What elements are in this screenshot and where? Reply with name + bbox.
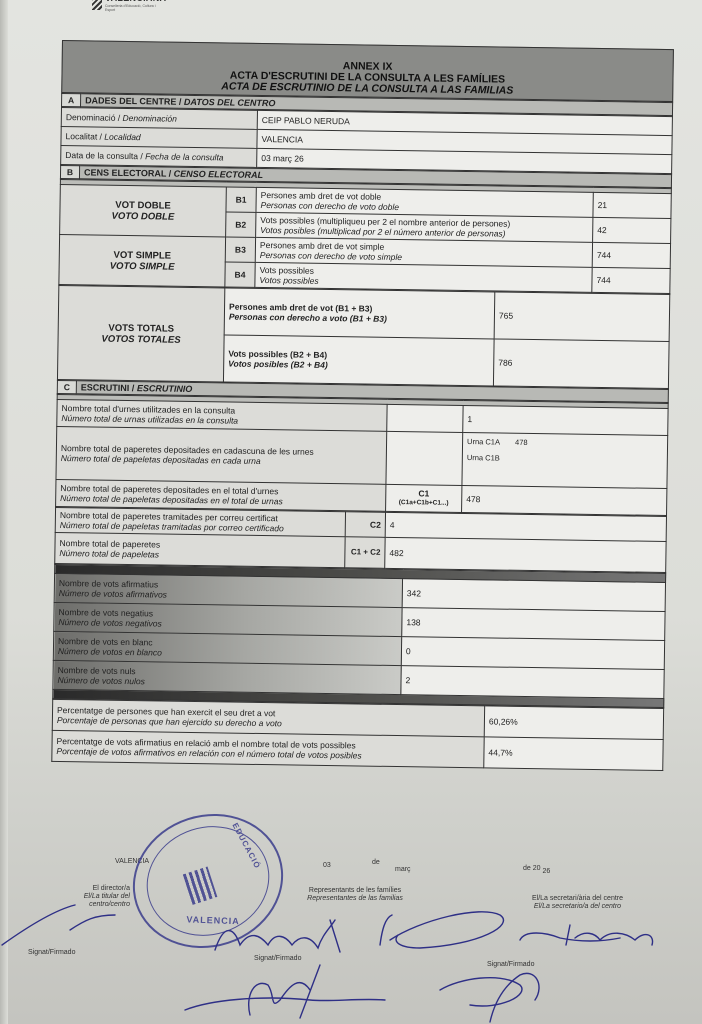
row-code: C2 [345, 512, 385, 538]
votes-table: Nombre de vots afirmatiusNúmero de votos… [52, 564, 666, 708]
total-persons-value: 765 [494, 292, 670, 342]
generalitat-stripes-icon [92, 0, 102, 10]
place-text: VALENCIA [115, 858, 149, 866]
row-code: B3 [225, 237, 255, 262]
total-votes-value: 786 [493, 339, 669, 389]
table-row: Nombre total de paperetes depositades en… [56, 426, 668, 488]
director-label: El director/aEl/La titular del centro/ce… [55, 885, 130, 909]
total-description: Persones amb dret de vot (B1 + B3)Person… [224, 288, 495, 339]
document-page: VALENCIANA Conselleria d'Educació, Cultu… [0, 0, 702, 1024]
blank-votes-value: 0 [401, 637, 664, 670]
section-letter: C [57, 380, 76, 393]
b1-value: 21 [593, 192, 671, 218]
family-signature-2 [380, 912, 503, 948]
group-vot-simple: VOT SIMPLEVOTO SIMPLE [59, 234, 226, 286]
section-c-ballots: Nombre total de paperetes tramitades per… [54, 507, 667, 573]
total-description: Vots possibles (B2 + B4)Votos posibles (… [223, 335, 494, 386]
percentages-table: Percentatge de persones que han exercit … [51, 699, 664, 771]
row-code: C1 + C2 [345, 537, 385, 569]
participation-percentage-value: 60,26% [484, 706, 663, 740]
form-header: ANNEX IX ACTA D'ESCRUTINI DE LA CONSULTA… [61, 40, 674, 102]
school-stamp: VALENCIA EDUCACIÓ [115, 795, 300, 968]
table-row: VOTS TOTALSVOTOS TOTALES Persones amb dr… [58, 285, 670, 341]
affirmative-votes-value: 342 [402, 579, 665, 612]
family-signature-1 [215, 920, 340, 952]
scrutiny-form: ANNEX IX ACTA D'ESCRUTINI DE LA CONSULTA… [51, 40, 674, 771]
row-description: Nombre total de paperetes depositades en… [56, 479, 386, 511]
family-signature-3 [185, 965, 385, 1018]
per-urn-values: Urna C1A478 Urna C1B [462, 432, 668, 488]
section-b-totals: VOTS TOTALSVOTOS TOTALES Persones amb dr… [57, 285, 670, 389]
c1-c2-value: 482 [385, 537, 666, 572]
families-label: Representants de les famíliesRepresentan… [295, 887, 415, 903]
b2-value: 42 [593, 217, 671, 243]
stamp-emblem-icon [183, 866, 218, 904]
stamp-inner-ring [132, 810, 283, 951]
signed-label-director: Signat/Firmado [28, 949, 75, 957]
empty-cell [387, 404, 463, 432]
logo-subtitle: Conselleria d'Educació, Cultura i Esport [105, 4, 165, 12]
affirmative-percentage-value: 44,7% [484, 737, 663, 771]
c1-value: 478 [462, 485, 667, 515]
b3-value: 744 [592, 242, 670, 268]
section-letter: A [62, 94, 81, 107]
row-description: Nombre total de paperetes depositades en… [56, 426, 387, 484]
section-b-table: VOT DOBLEVOTO DOBLE B1 Persones amb dret… [58, 179, 672, 294]
row-code: B2 [226, 212, 256, 237]
de-text: de [372, 859, 380, 867]
b4-value: 744 [592, 267, 670, 293]
row-code: B4 [225, 262, 255, 287]
secretary-label: El/La secretari/ària del centreEl/La sec… [520, 895, 635, 911]
signed-label-families: Signat/Firmado [254, 955, 301, 963]
negative-votes-value: 138 [402, 608, 665, 641]
secretary-signature [520, 925, 653, 945]
urn-c1b: Urna C1B [467, 450, 663, 469]
director-signature [2, 905, 115, 945]
null-votes-value: 2 [401, 666, 664, 699]
logo-title: VALENCIANA [105, 0, 166, 3]
group-vot-doble: VOT DOBLEVOTO DOBLE [60, 184, 227, 236]
family-signature-4 [440, 973, 539, 1022]
signed-label-secretary: Signat/Firmado [487, 961, 534, 969]
section-letter: B [60, 165, 79, 178]
group-vots-totals: VOTS TOTALSVOTOS TOTALES [57, 285, 224, 381]
row-description: Percentatge de vots afirmatius en relaci… [52, 730, 484, 767]
day-text: 03 [323, 862, 331, 870]
field-label: Data de la consulta / Fecha de la consul… [61, 145, 257, 167]
generalitat-logo: VALENCIANA Conselleria d'Educació, Cultu… [92, 0, 212, 20]
empty-cell [386, 431, 463, 485]
page-edge-shadow [0, 0, 8, 1024]
stamp-text-right: EDUCACIÓ [231, 821, 263, 870]
row-code: B1 [226, 187, 256, 212]
urns-used-value: 1 [463, 405, 668, 435]
month-text: març [395, 866, 411, 874]
stamp-text-bottom: VALENCIA [186, 914, 240, 926]
section-c-table: Nombre total d'urnes utilitzades en la c… [55, 394, 669, 516]
year-text: de 20 26 [523, 865, 550, 873]
row-description: Nombre total de paperetesNúmero total de… [55, 532, 345, 567]
section-a-table: Denominació / Denominación CEIP PABLO NE… [60, 107, 673, 174]
row-code: C1(C1a+C1b+C1...) [386, 484, 462, 512]
